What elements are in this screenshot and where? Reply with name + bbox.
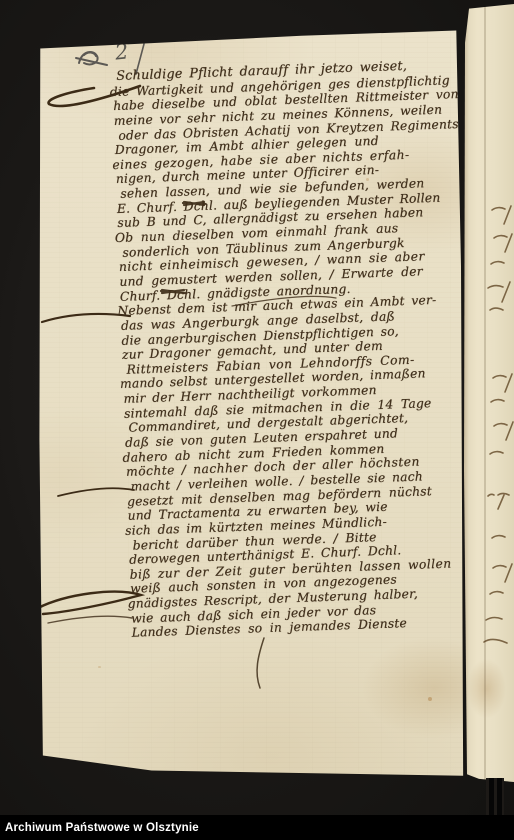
paper-stain bbox=[428, 697, 432, 701]
paper-stain bbox=[366, 178, 369, 181]
adjacent-page-edge bbox=[464, 4, 514, 782]
folio-number: 2 bbox=[114, 41, 129, 63]
manuscript-text: Schuldige Pflicht darauff ihr jetzo weis… bbox=[112, 58, 488, 641]
page-fold-shadow bbox=[486, 778, 504, 816]
photo-background: 2 Schuldige Pflicht darauff ihr jetzo we… bbox=[0, 0, 514, 840]
manuscript-page: 2 Schuldige Pflicht darauff ihr jetzo we… bbox=[36, 26, 464, 778]
paper-stain bbox=[98, 666, 101, 668]
fold-crease bbox=[484, 4, 486, 782]
archive-name: Archiwum Państwowe w Olsztynie bbox=[5, 822, 199, 834]
adjacent-page-ink-marks bbox=[464, 4, 514, 782]
watermark-bar: Archiwum Państwowe w Olsztynie bbox=[0, 815, 514, 840]
crossed-out-mark-icon bbox=[74, 42, 110, 72]
